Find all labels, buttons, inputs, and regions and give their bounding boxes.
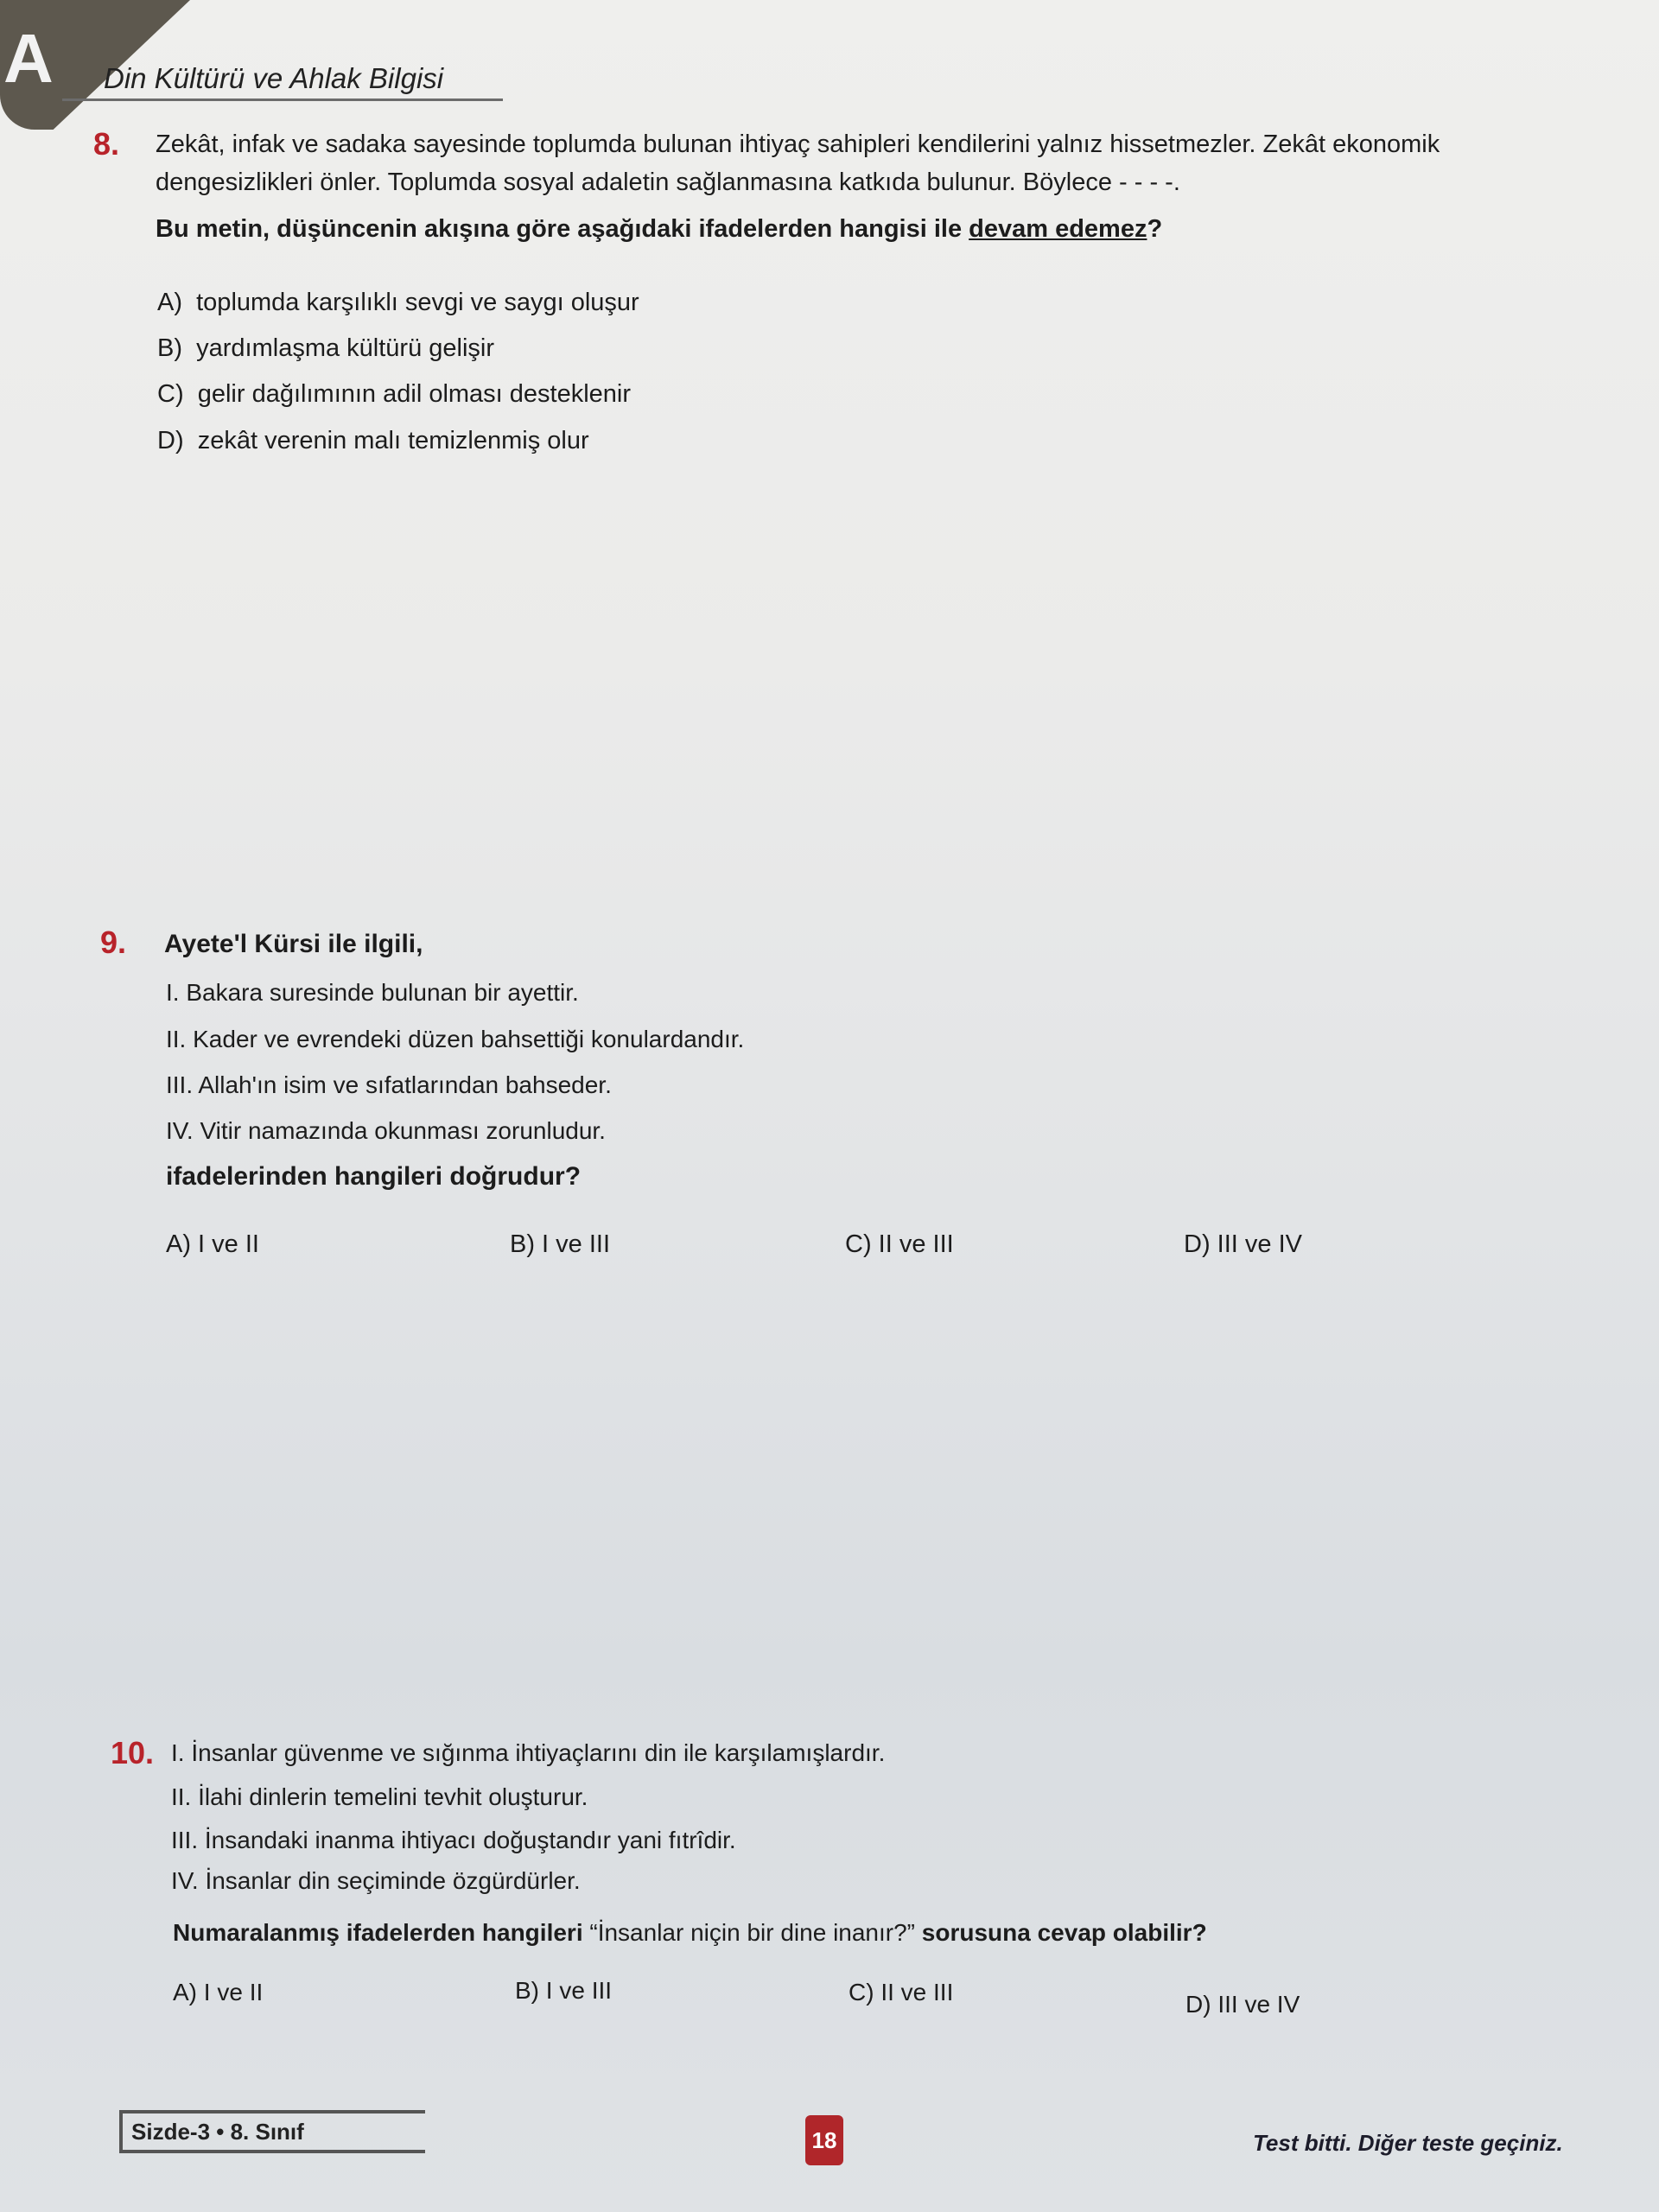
question-10-number: 10. — [111, 1735, 154, 1771]
q10-statement-1: I. İnsanlar güvenme ve sığınma ihtiyaçla… — [171, 1738, 885, 1768]
q9-statement-3: III. Allah'ın isim ve sıfatlarından bahs… — [166, 1071, 612, 1100]
q8-option-a[interactable]: A) toplumda karşılıklı sevgi ve saygı ol… — [157, 289, 639, 317]
option-letter: C) — [157, 380, 184, 408]
end-of-test-note: Test bitti. Diğer teste geçiniz. — [1253, 2130, 1563, 2157]
q9-option-c[interactable]: C) II ve III — [845, 1230, 954, 1259]
q9-option-b[interactable]: B) I ve III — [510, 1230, 610, 1259]
option-text: zekât verenin malı temizlenmiş olur — [198, 427, 589, 454]
q9-statement-2: II. Kader ve evrendeki düzen bahsettiği … — [166, 1025, 744, 1054]
q10-option-c[interactable]: C) II ve III — [849, 1979, 953, 2006]
q10-option-b[interactable]: B) I ve III — [515, 1977, 612, 2005]
option-text: yardımlaşma kültürü gelişir — [196, 334, 494, 362]
option-letter: B) — [157, 334, 182, 362]
question-8-line2: dengesizlikleri önler. Toplumda sosyal a… — [156, 168, 1180, 197]
question-8-line1: Zekât, infak ve sadaka sayesinde toplumd… — [156, 130, 1440, 159]
question-8-prompt: Bu metin, düşüncenin akışına göre aşağıd… — [156, 214, 1162, 244]
option-letter: D) — [157, 427, 184, 454]
question-9-stem: Ayete'l Kürsi ile ilgili, — [164, 930, 423, 959]
prompt-emphasis: devam edemez — [969, 215, 1147, 243]
q10-option-d[interactable]: D) III ve IV — [1185, 1991, 1300, 2018]
series-label: Sizde-3 • 8. Sınıf — [119, 2110, 425, 2153]
page-number-badge: 18 — [805, 2115, 843, 2165]
prompt-start: Bu metin, düşüncenin akışına göre aşağıd… — [156, 215, 969, 243]
q9-statement-4: IV. Vitir namazında okunması zorunludur. — [166, 1116, 606, 1146]
subject-title: Din Kültürü ve Ahlak Bilgisi — [104, 62, 443, 95]
question-9-prompt: ifadelerinden hangileri doğrudur? — [166, 1162, 581, 1192]
prompt-end: sorusuna cevap olabilir? — [915, 1919, 1207, 1946]
question-9-number: 9. — [100, 925, 126, 961]
q10-statement-3: III. İnsandaki inanma ihtiyacı doğuştand… — [171, 1826, 736, 1855]
q9-option-a[interactable]: A) I ve II — [166, 1230, 259, 1259]
question-10-prompt: Numaralanmış ifadelerden hangileri “İnsa… — [173, 1918, 1207, 1948]
prompt-end: ? — [1147, 215, 1162, 243]
q10-option-a[interactable]: A) I ve II — [173, 1979, 263, 2006]
option-letter: A) — [157, 289, 182, 316]
prompt-quote: “İnsanlar niçin bir dine inanır?” — [589, 1919, 915, 1946]
q9-option-d[interactable]: D) III ve IV — [1184, 1230, 1302, 1259]
header-divider — [62, 99, 503, 101]
section-letter: A — [3, 19, 54, 99]
question-8-number: 8. — [93, 126, 119, 162]
q10-statement-2: II. İlahi dinlerin temelini tevhit oluşt… — [171, 1783, 588, 1812]
option-text: gelir dağılımının adil olması destekleni… — [198, 380, 631, 408]
q9-statement-1: I. Bakara suresinde bulunan bir ayettir. — [166, 978, 579, 1007]
q8-option-d[interactable]: D) zekât verenin malı temizlenmiş olur — [157, 427, 589, 455]
q8-option-b[interactable]: B) yardımlaşma kültürü gelişir — [157, 334, 494, 363]
prompt-start: Numaralanmış ifadelerden hangileri — [173, 1919, 589, 1946]
option-text: toplumda karşılıklı sevgi ve saygı oluşu… — [196, 289, 639, 316]
q8-option-c[interactable]: C) gelir dağılımının adil olması destekl… — [157, 380, 631, 409]
q10-statement-4: IV. İnsanlar din seçiminde özgürdürler. — [171, 1866, 581, 1896]
